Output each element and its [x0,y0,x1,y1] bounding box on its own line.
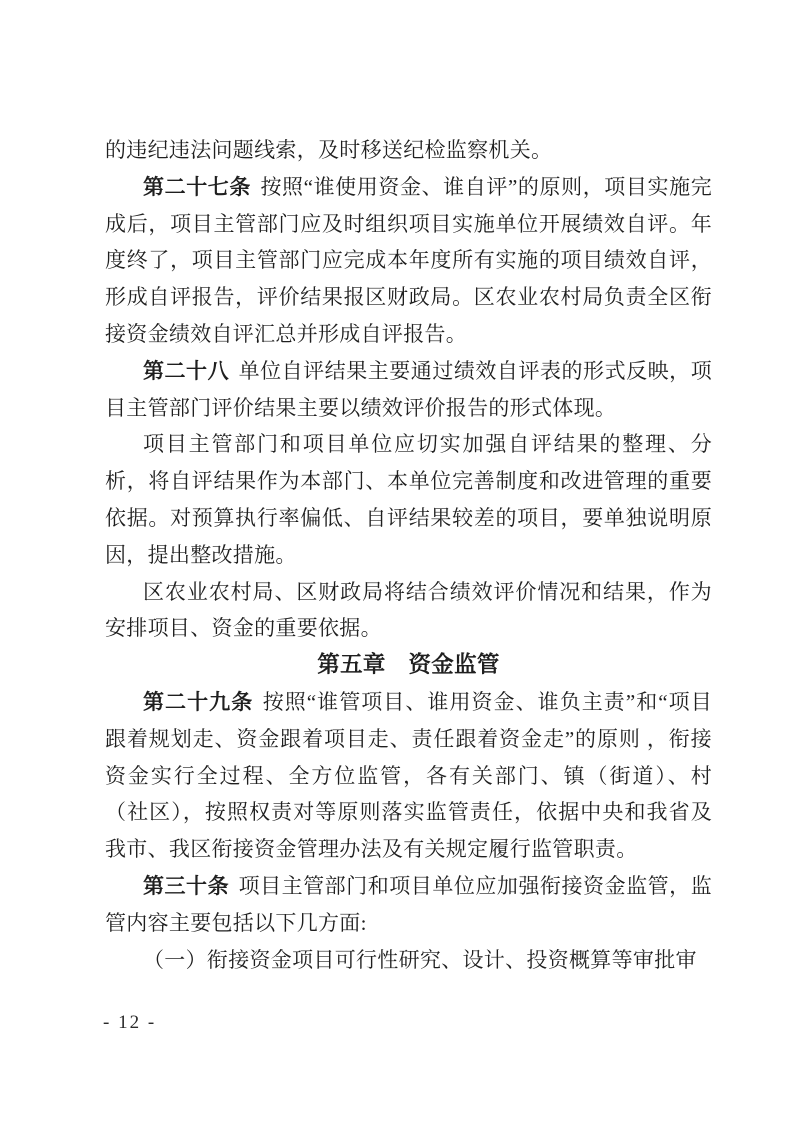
article-number: 第二十七条 [143,175,251,199]
document-page: 的违纪违法问题线索，及时移送纪检监察机关。第二十七条按照“谁使用资金、谁自评”的… [0,0,792,1121]
paragraph: 区农业农村局、区财政局将结合绩效评价情况和结果，作为安排项目、资金的重要依据。 [105,574,712,648]
chapter-heading: 第五章 资金监管 [105,647,712,684]
article-number: 第三十条 [143,874,229,898]
paragraph: （一）衔接资金项目可行性研究、设计、投资概算等审批审 [105,942,712,979]
paragraph-text: 区农业农村局、区财政局将结合绩效评价情况和结果，作为安排项目、资金的重要依据。 [105,580,712,641]
paragraph: 第二十九条按照“谁管项目、谁用资金、谁负主责”和“项目跟着规划走、资金跟着项目走… [105,684,712,868]
paragraph: 第二十七条按照“谁使用资金、谁自评”的原则，项目实施完成后，项目主管部门应及时组… [105,169,712,353]
paragraph-text: 按照“谁使用资金、谁自评”的原则，项目实施完成后，项目主管部门应及时组织项目实施… [105,175,712,346]
article-number: 第二十九条 [143,690,253,714]
document-body: 的违纪违法问题线索，及时移送纪检监察机关。第二十七条按照“谁使用资金、谁自评”的… [105,132,712,978]
paragraph-text: 项目主管部门和项目单位应切实加强自评结果的整理、分析，将自评结果作为本部门、本单… [105,432,712,566]
page-number: - 12 - [103,1010,156,1036]
paragraph-text: 的违纪违法问题线索，及时移送纪检监察机关。 [105,138,552,162]
paragraph: 项目主管部门和项目单位应切实加强自评结果的整理、分析，将自评结果作为本部门、本单… [105,426,712,573]
paragraph: 的违纪违法问题线索，及时移送纪检监察机关。 [105,132,712,169]
paragraph: 第三十条项目主管部门和项目单位应加强衔接资金监管，监管内容主要包括以下几方面: [105,868,712,942]
paragraph-text: （一）衔接资金项目可行性研究、设计、投资概算等审批审 [143,948,697,972]
article-number: 第二十八 [143,359,229,383]
paragraph-text: 按照“谁管项目、谁用资金、谁负主责”和“项目跟着规划走、资金跟着项目走、责任跟着… [105,690,712,861]
paragraph: 第二十八单位自评结果主要通过绩效自评表的形式反映，项目主管部门评价结果主要以绩效… [105,353,712,427]
paragraph-text: 第五章 资金监管 [317,652,499,677]
